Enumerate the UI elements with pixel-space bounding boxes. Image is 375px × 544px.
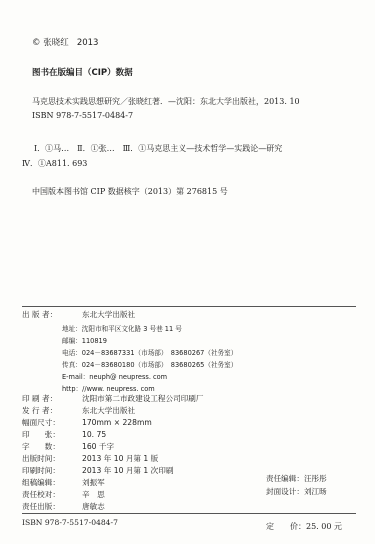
detail-row: 印刷时间：2013 年 10 月第 1 次印刷 [22,465,173,476]
detail-row: 幅面尺寸：170mm × 228mm [22,417,152,428]
divider-top [22,306,356,307]
publisher-address: 地址：沈阳市和平区文化路 3 号巷 11 号 [62,323,182,333]
divider-bottom [22,513,356,514]
publisher-postcode: 邮编：110819 [62,335,107,345]
publisher-fax: 传真：024－83680180（市场部） 83680265（社务室） [62,359,237,369]
publisher-label: 出 版 者： [22,309,82,320]
publisher-name: 东北大学出版社 [82,310,135,319]
editor-row: 封面设计：刘江旸 [266,486,327,497]
cip-isbn: ISBN 978-7-5517-0484-7 [32,111,133,120]
publisher-phone: 电话：024－83687331（市场部） 83680267（社务室） [62,347,237,357]
detail-row: 印 刷 者：沈阳市第二市政建设工程公司印刷厂 [22,393,204,404]
cip-line1: 马克思技术实践思想研究／张晓红著．—沈阳：东北大学出版社，2013. 10 [32,96,300,107]
copyright-year: 2013 [77,38,99,48]
publisher-row: 出 版 者：东北大学出版社 [22,309,135,320]
copyright-symbol: © [32,38,41,48]
detail-row: 出版时间：2013 年 10 月第 1 版 [22,453,158,464]
detail-row: 发 行 者：东北大学出版社 [22,405,135,416]
detail-row: 责任校对：辛 思 [22,489,105,500]
footer-isbn: ISBN 978-7-5517-0484-7 [22,518,118,527]
cip-classification1: Ⅰ．①马… Ⅱ．①张… Ⅲ．①马克思主义—技术哲学—实践论—研究 [34,143,282,154]
cip-classification2: Ⅳ．①A811. 693 [22,158,87,169]
detail-row: 责任出版：唐敏志 [22,501,105,512]
cip-title: 图书在版编目（CIP）数据 [32,66,133,78]
detail-row: 组稿编辑：刘振军 [22,477,105,488]
detail-row: 字 数：160 千字 [22,441,114,452]
copyright-author: 张晓红 [43,38,69,48]
footer-price: 定 价：25. 00 元 [266,521,342,532]
copyright-line: © 张晓红 2013 [32,36,98,48]
cip-record: 中国版本图书馆 CIP 数据核字（2013）第 276815 号 [32,186,228,197]
detail-row: 印 张：10. 75 [22,429,106,440]
editor-row: 责任编辑：汪彤彤 [266,473,327,484]
publisher-email: E-mail：neuph@ neupress. com [62,371,167,381]
publisher-web: http：//www. neupress. com [62,383,155,393]
